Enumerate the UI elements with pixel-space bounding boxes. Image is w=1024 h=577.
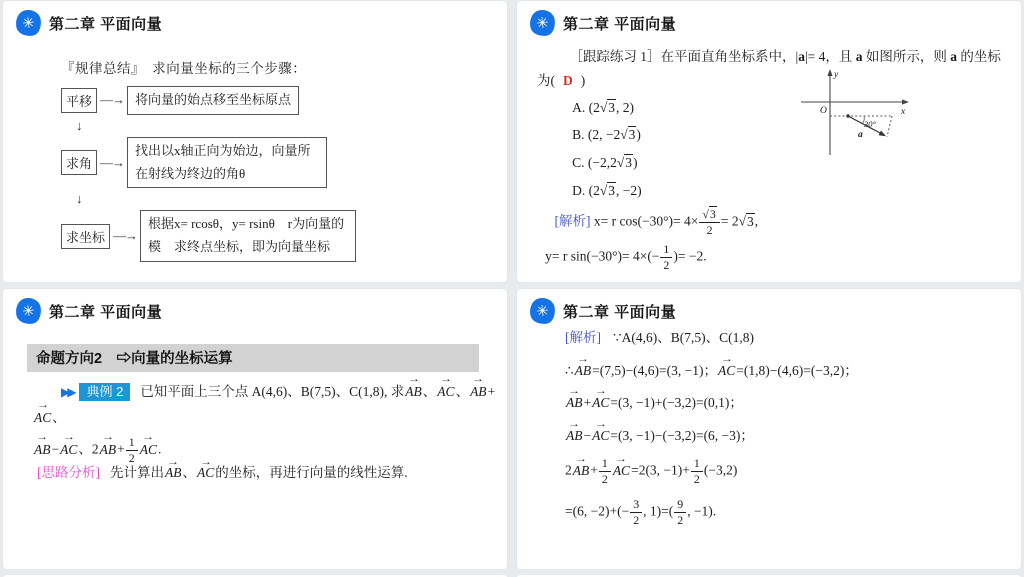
solution-line-1: [解析] x= r cos(−30°)= 4×√32= 2√3,: [555, 208, 1009, 237]
flow-down-arrow-icon: ↓: [76, 118, 356, 134]
slide-4: ✳ 第二章 平面向量 [解析]∵A(4,6)、B(7,5)、C(1,8) ∴AB…: [516, 288, 1022, 570]
chapter-logo-icon: ✳: [529, 297, 557, 325]
analysis-label: [解析]: [565, 330, 601, 345]
flow-right-arrow-icon: —→: [113, 228, 137, 244]
slide-1: ✳ 第二章 平面向量 『规律总结』 求向量坐标的三个步骤： 平移 —→ 将向量的…: [2, 0, 508, 283]
solution-line: [解析]∵A(4,6)、B(7,5)、C(1,8): [565, 327, 1013, 349]
flow-step-3: 求坐标 —→ 根据x= rcosθ，y= rsinθ r为向量的模 求终点坐标，…: [61, 210, 356, 262]
slide-header: ✳ 第二章 平面向量: [530, 298, 676, 324]
flowchart: 『规律总结』 求向量坐标的三个步骤： 平移 —→ 将向量的始点移至坐标原点 ↓ …: [61, 57, 356, 262]
answer-letter: D: [555, 73, 581, 88]
flow-step-2-label: 求角: [61, 150, 97, 175]
solution-math-1: x= r cos(−30°)= 4×√32= 2√3,: [594, 208, 758, 237]
option-a: A. (2√3, 2): [572, 94, 1009, 122]
idea-block: [思路分析]先计算出AB、AC的坐标，再进行向量的线性运算.: [37, 461, 408, 481]
idea-label: [思路分析]: [37, 465, 100, 480]
snowflake-icon: ✳: [535, 13, 549, 32]
slide-3: ✳ 第二章 平面向量 命题方向2 ⇨向量的坐标运算 ▶▶典例 2已知平面上三个点…: [2, 288, 508, 570]
flow-down-arrow-icon: ↓: [76, 191, 356, 207]
question-block: ［跟踪练习 1］在平面直角坐标系中，|a|= 4，且 a 如图所示，则 a 的坐…: [537, 45, 1009, 273]
snowflake-icon: ✳: [535, 301, 549, 320]
diagram-vector-label: a: [858, 130, 863, 140]
diagram-origin-label: O: [820, 106, 827, 116]
vector-diagram: y x O 30° a: [798, 65, 914, 165]
slide-2: ✳ 第二章 平面向量 ［跟踪练习 1］在平面直角坐标系中，|a|= 4，且 a …: [516, 0, 1022, 283]
flow-step-3-label: 求坐标: [61, 224, 110, 249]
snowflake-icon: ✳: [21, 13, 35, 32]
slide-header: ✳ 第二章 平面向量: [16, 298, 162, 324]
slide-header: ✳ 第二章 平面向量: [16, 10, 162, 36]
options-list: A. (2√3, 2) B. (2, −2√3) C. (−2,2√3) D. …: [572, 94, 1009, 205]
solution-line-2: y= r sin(−30°)= 4×(−12)= −2.: [545, 243, 707, 272]
question-text: ［跟踪练习 1］在平面直角坐标系中，|a|= 4，且 a 如图所示，则 a 的坐…: [537, 45, 1009, 69]
chapter-title: 第二章 平面向量: [49, 13, 162, 34]
example-block: ▶▶典例 2已知平面上三个点 A(4,6)、B(7,5)、C(1,8), 求AB…: [33, 379, 497, 465]
chapter-title: 第二章 平面向量: [563, 301, 676, 322]
topic-banner: 命题方向2 ⇨向量的坐标运算: [27, 344, 479, 372]
option-c: C. (−2,2√3): [572, 149, 1009, 177]
flow-right-arrow-icon: —→: [100, 92, 124, 108]
solution-line: 2AB+12AC=2(3, −1)+12(−3,2): [565, 457, 1013, 486]
solution-math: ∵A(4,6)、B(7,5)、C(1,8): [613, 330, 754, 345]
solution-line: AB−AC=(3, −1)−(−3,2)=(6, −3)；: [565, 425, 1013, 447]
solution-line: ∴AB=(7,5)−(4,6)=(3, −1)；AC=(1,8)−(4,6)=(…: [565, 360, 1013, 382]
flow-step-3-desc: 根据x= rcosθ，y= rsinθ r为向量的模 求终点坐标，即为向量坐标: [140, 210, 356, 262]
snowflake-icon: ✳: [21, 301, 35, 320]
example-tag: 典例 2: [79, 383, 130, 401]
answer-pre: 为(: [537, 73, 555, 88]
chapter-logo-icon: ✳: [529, 9, 557, 37]
chapter-title: 第二章 平面向量: [49, 301, 162, 322]
slide-header: ✳ 第二章 平面向量: [530, 10, 676, 36]
summary-title: 『规律总结』 求向量坐标的三个步骤：: [61, 57, 356, 77]
double-play-icon: ▶▶: [61, 385, 73, 399]
example-line-1: ▶▶典例 2已知平面上三个点 A(4,6)、B(7,5)、C(1,8), 求AB…: [33, 379, 497, 430]
flow-step-1: 平移 —→ 将向量的始点移至坐标原点: [61, 86, 356, 115]
flow-step-1-label: 平移: [61, 88, 97, 113]
analysis-label: [解析]: [555, 214, 591, 229]
solution-line: AB+AC=(3, −1)+(−3,2)=(0,1)；: [565, 392, 1013, 414]
slide-grid: ✳ 第二章 平面向量 『规律总结』 求向量坐标的三个步骤： 平移 —→ 将向量的…: [0, 0, 1024, 577]
diagram-y-label: y: [833, 70, 839, 80]
chapter-title: 第二章 平面向量: [563, 13, 676, 34]
solution-block: [解析]∵A(4,6)、B(7,5)、C(1,8) ∴AB=(7,5)−(4,6…: [565, 327, 1013, 538]
flow-right-arrow-icon: —→: [100, 155, 124, 171]
answer-post: ): [581, 73, 586, 88]
chapter-logo-icon: ✳: [15, 9, 43, 37]
diagram-x-label: x: [900, 107, 906, 117]
flow-step-1-desc: 将向量的始点移至坐标原点: [127, 86, 299, 115]
option-b: B. (2, −2√3): [572, 121, 1009, 149]
solution-line: =(6, −2)+(−32, 1)=(92, −1).: [565, 498, 1013, 527]
chapter-logo-icon: ✳: [15, 297, 43, 325]
flow-step-2: 求角 —→ 找出以x轴正向为始边，向量所在射线为终边的角θ: [61, 137, 356, 189]
answer-line: 为(D): [537, 69, 1009, 93]
option-d: D. (2√3, −2): [572, 177, 1009, 205]
flow-step-2-desc: 找出以x轴正向为始边，向量所在射线为终边的角θ: [127, 137, 327, 189]
idea-text: 先计算出AB、AC的坐标，再进行向量的线性运算.: [110, 465, 408, 480]
diagram-angle-label: 30°: [863, 119, 877, 129]
